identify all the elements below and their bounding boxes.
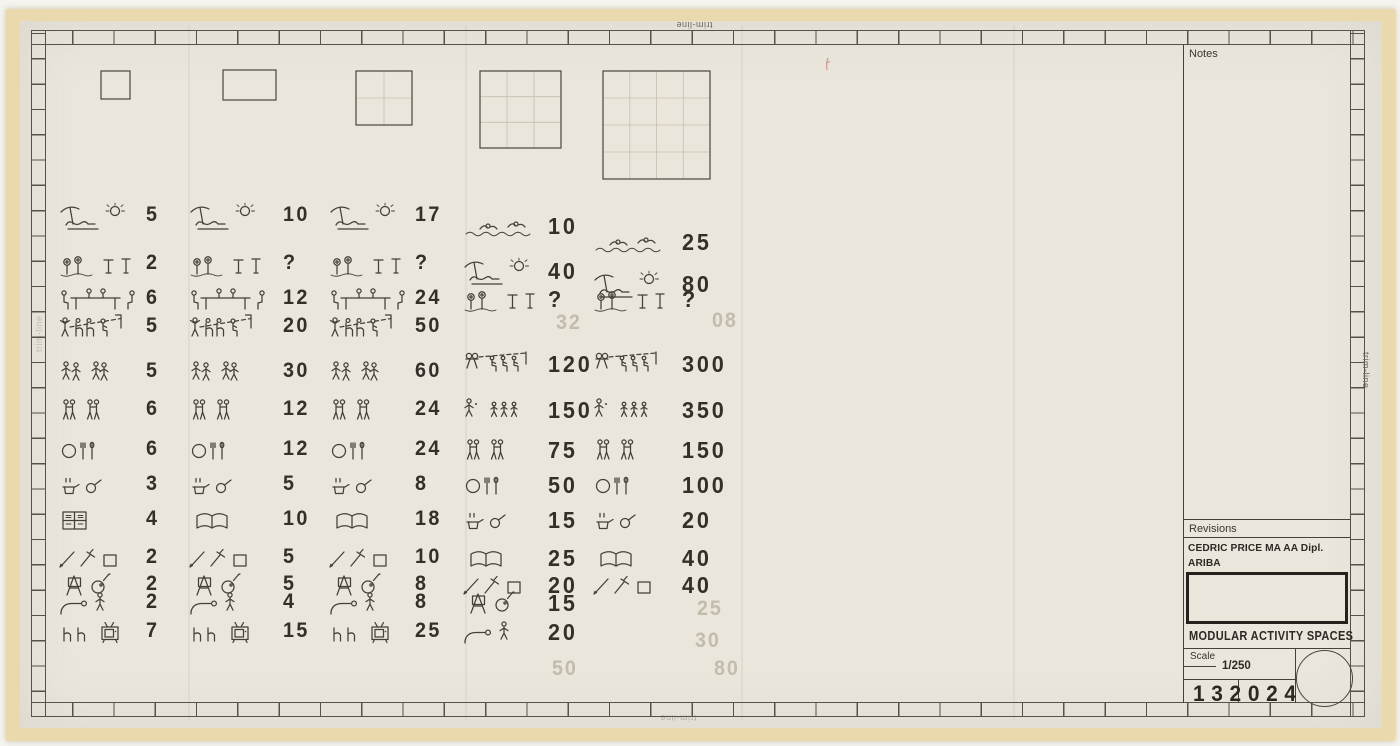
capacity-value: 17 bbox=[415, 203, 442, 227]
tick-strip-top bbox=[31, 30, 1365, 45]
capacity-value: 12 bbox=[283, 286, 310, 310]
notes-label: Notes bbox=[1189, 48, 1218, 60]
capacity-value: 5 bbox=[146, 203, 159, 227]
capacity-value: 25 bbox=[548, 545, 578, 572]
scale-label: Scale bbox=[1190, 651, 1215, 662]
pictogram-gardening-icon bbox=[188, 250, 272, 285]
capacity-value: 8 bbox=[415, 472, 428, 496]
capacity-value: 100 bbox=[682, 472, 727, 499]
capacity-value: 10 bbox=[415, 545, 442, 569]
pictogram-dancing-icon bbox=[328, 396, 412, 431]
fold-crease bbox=[1013, 25, 1015, 720]
pictogram-swimming-icon bbox=[462, 212, 546, 247]
pictogram-cooking-icon bbox=[188, 471, 272, 506]
pictogram-screen-show-icon bbox=[58, 313, 142, 348]
capacity-value: 15 bbox=[548, 507, 578, 534]
capacity-value: 24 bbox=[415, 286, 442, 310]
ghost-number: 32 bbox=[556, 311, 582, 335]
capacity-value: 10 bbox=[283, 203, 310, 227]
pictogram-dancing-icon bbox=[592, 436, 676, 471]
capacity-value: 4 bbox=[146, 507, 159, 531]
ghost-number: 80 bbox=[714, 657, 740, 681]
ghost-number: 30 bbox=[695, 629, 721, 653]
scale-label-underline bbox=[1183, 666, 1216, 667]
capacity-value: 300 bbox=[682, 351, 727, 378]
ghost-number: 08 bbox=[712, 309, 738, 333]
fold-crease bbox=[741, 25, 743, 720]
pictogram-swimming-icon bbox=[592, 228, 676, 263]
revisions-bottom-line bbox=[1183, 537, 1350, 538]
pictogram-cooking-icon bbox=[462, 506, 546, 541]
capacity-value: 350 bbox=[682, 397, 727, 424]
capacity-value: 12 bbox=[283, 397, 310, 421]
pictogram-crafts-icon bbox=[592, 571, 676, 606]
pictogram-microphone-icon bbox=[462, 618, 546, 653]
pictogram-sunbathing-icon bbox=[188, 202, 272, 237]
capacity-value: 20 bbox=[548, 619, 578, 646]
pictogram-sunbathing-icon bbox=[58, 202, 142, 237]
capacity-value: 4 bbox=[283, 590, 296, 614]
ghost-number: 25 bbox=[697, 597, 723, 621]
pictogram-dining-icon bbox=[58, 436, 142, 471]
capacity-value: ? bbox=[682, 286, 698, 313]
capacity-value: 25 bbox=[682, 229, 712, 256]
pictogram-tv-watching-icon bbox=[188, 618, 272, 653]
pictogram-cinema-icon bbox=[592, 350, 676, 385]
titleblock-divider bbox=[1183, 45, 1184, 703]
trim-line-label-bottom: trim-line bbox=[660, 713, 697, 723]
capacity-value: 120 bbox=[548, 351, 593, 378]
project-title: MODULAR ACTIVITY SPACES bbox=[1189, 629, 1353, 643]
capacity-value: 2 bbox=[146, 590, 159, 614]
capacity-value: 2 bbox=[146, 251, 159, 275]
tick-strip-bottom bbox=[31, 702, 1365, 717]
capacity-value: 60 bbox=[415, 359, 442, 383]
pictogram-dining-icon bbox=[328, 436, 412, 471]
capacity-value: 24 bbox=[415, 397, 442, 421]
capacity-value: 150 bbox=[548, 397, 593, 424]
revision-box bbox=[1186, 572, 1348, 624]
capacity-value: 75 bbox=[548, 437, 578, 464]
pictogram-gardening-icon bbox=[328, 250, 412, 285]
revisions-top-line bbox=[1183, 519, 1350, 520]
pictogram-bookshelf-icon bbox=[58, 506, 142, 541]
capacity-value: 5 bbox=[283, 545, 296, 569]
trim-line-label-top: trim-line bbox=[676, 20, 713, 30]
capacity-value: 5 bbox=[146, 314, 159, 338]
capacity-value: 5 bbox=[146, 359, 159, 383]
pictogram-tv-watching-icon bbox=[328, 618, 412, 653]
scale-value: 1/250 bbox=[1222, 660, 1251, 672]
trim-line-label-left: trim-line bbox=[34, 315, 44, 352]
pictogram-gardening-icon bbox=[58, 250, 142, 285]
pictogram-dining-icon bbox=[188, 436, 272, 471]
capacity-value: ? bbox=[548, 286, 564, 313]
capacity-value: 10 bbox=[548, 213, 578, 240]
drawing-sheet-photo: trim-line trim-line trim-line trim-line … bbox=[0, 0, 1400, 746]
capacity-value: 3 bbox=[146, 472, 159, 496]
tick-strip-left bbox=[31, 30, 46, 717]
capacity-value: ? bbox=[415, 251, 429, 275]
stamp-circle bbox=[1296, 650, 1353, 707]
pictogram-cooking-icon bbox=[328, 471, 412, 506]
module-4-square bbox=[479, 70, 562, 149]
module-5-square bbox=[602, 70, 711, 180]
capacity-value: 6 bbox=[146, 437, 159, 461]
capacity-value: 20 bbox=[682, 507, 712, 534]
capacity-value: 25 bbox=[415, 619, 442, 643]
capacity-value: 30 bbox=[283, 359, 310, 383]
capacity-value: 12 bbox=[283, 437, 310, 461]
capacity-value: 150 bbox=[682, 437, 727, 464]
module-1-square bbox=[100, 70, 131, 100]
capacity-value: 5 bbox=[283, 472, 296, 496]
capacity-value: 6 bbox=[146, 286, 159, 310]
capacity-value: 2 bbox=[146, 545, 159, 569]
pictogram-gardening-icon bbox=[592, 285, 676, 320]
drawing-number: 132024 bbox=[1193, 681, 1303, 707]
pictogram-lecture-icon bbox=[592, 396, 676, 431]
red-ink-mark bbox=[820, 55, 836, 75]
capacity-value: 40 bbox=[548, 258, 578, 285]
pictogram-lecture-icon bbox=[462, 396, 546, 431]
capacity-value: 18 bbox=[415, 507, 442, 531]
pictogram-tv-watching-icon bbox=[58, 618, 142, 653]
pictogram-sunbathing-icon bbox=[328, 202, 412, 237]
capacity-value: ? bbox=[283, 251, 297, 275]
pictogram-cooking-icon bbox=[592, 506, 676, 541]
capacity-value: 20 bbox=[283, 314, 310, 338]
pictogram-screen-show-icon bbox=[188, 313, 272, 348]
architect-name-line: CEDRIC PRICE MA AA Dipl. ARIBA bbox=[1188, 541, 1351, 571]
capacity-value: 6 bbox=[146, 397, 159, 421]
pictogram-dining-icon bbox=[462, 471, 546, 506]
pictogram-dining-icon bbox=[592, 471, 676, 506]
pictogram-standing-group-icon bbox=[58, 358, 142, 393]
pictogram-screen-show-icon bbox=[328, 313, 412, 348]
pictogram-dancing-icon bbox=[58, 396, 142, 431]
ghost-number: 50 bbox=[552, 657, 578, 681]
revisions-label: Revisions bbox=[1189, 523, 1237, 535]
capacity-value: 10 bbox=[283, 507, 310, 531]
capacity-value: 50 bbox=[548, 472, 578, 499]
pictogram-cinema-icon bbox=[462, 350, 546, 385]
capacity-value: 24 bbox=[415, 437, 442, 461]
module-3-square bbox=[355, 70, 413, 126]
capacity-value: 40 bbox=[682, 572, 712, 599]
capacity-value: 15 bbox=[548, 590, 578, 617]
pictogram-standing-group-icon bbox=[328, 358, 412, 393]
pictogram-cooking-icon bbox=[58, 471, 142, 506]
capacity-value: 40 bbox=[682, 545, 712, 572]
capacity-value: 50 bbox=[415, 314, 442, 338]
capacity-value: 7 bbox=[146, 619, 159, 643]
pictogram-standing-group-icon bbox=[188, 358, 272, 393]
pictogram-gardening-icon bbox=[462, 285, 546, 320]
module-2-square bbox=[222, 69, 277, 101]
pictogram-reading-icon bbox=[328, 506, 412, 541]
pictogram-dancing-icon bbox=[462, 436, 546, 471]
capacity-value: 15 bbox=[283, 619, 310, 643]
capacity-value: 8 bbox=[415, 590, 428, 614]
trim-line-label-right: trim-line bbox=[1361, 352, 1371, 389]
pictogram-reading-icon bbox=[188, 506, 272, 541]
pictogram-dancing-icon bbox=[188, 396, 272, 431]
